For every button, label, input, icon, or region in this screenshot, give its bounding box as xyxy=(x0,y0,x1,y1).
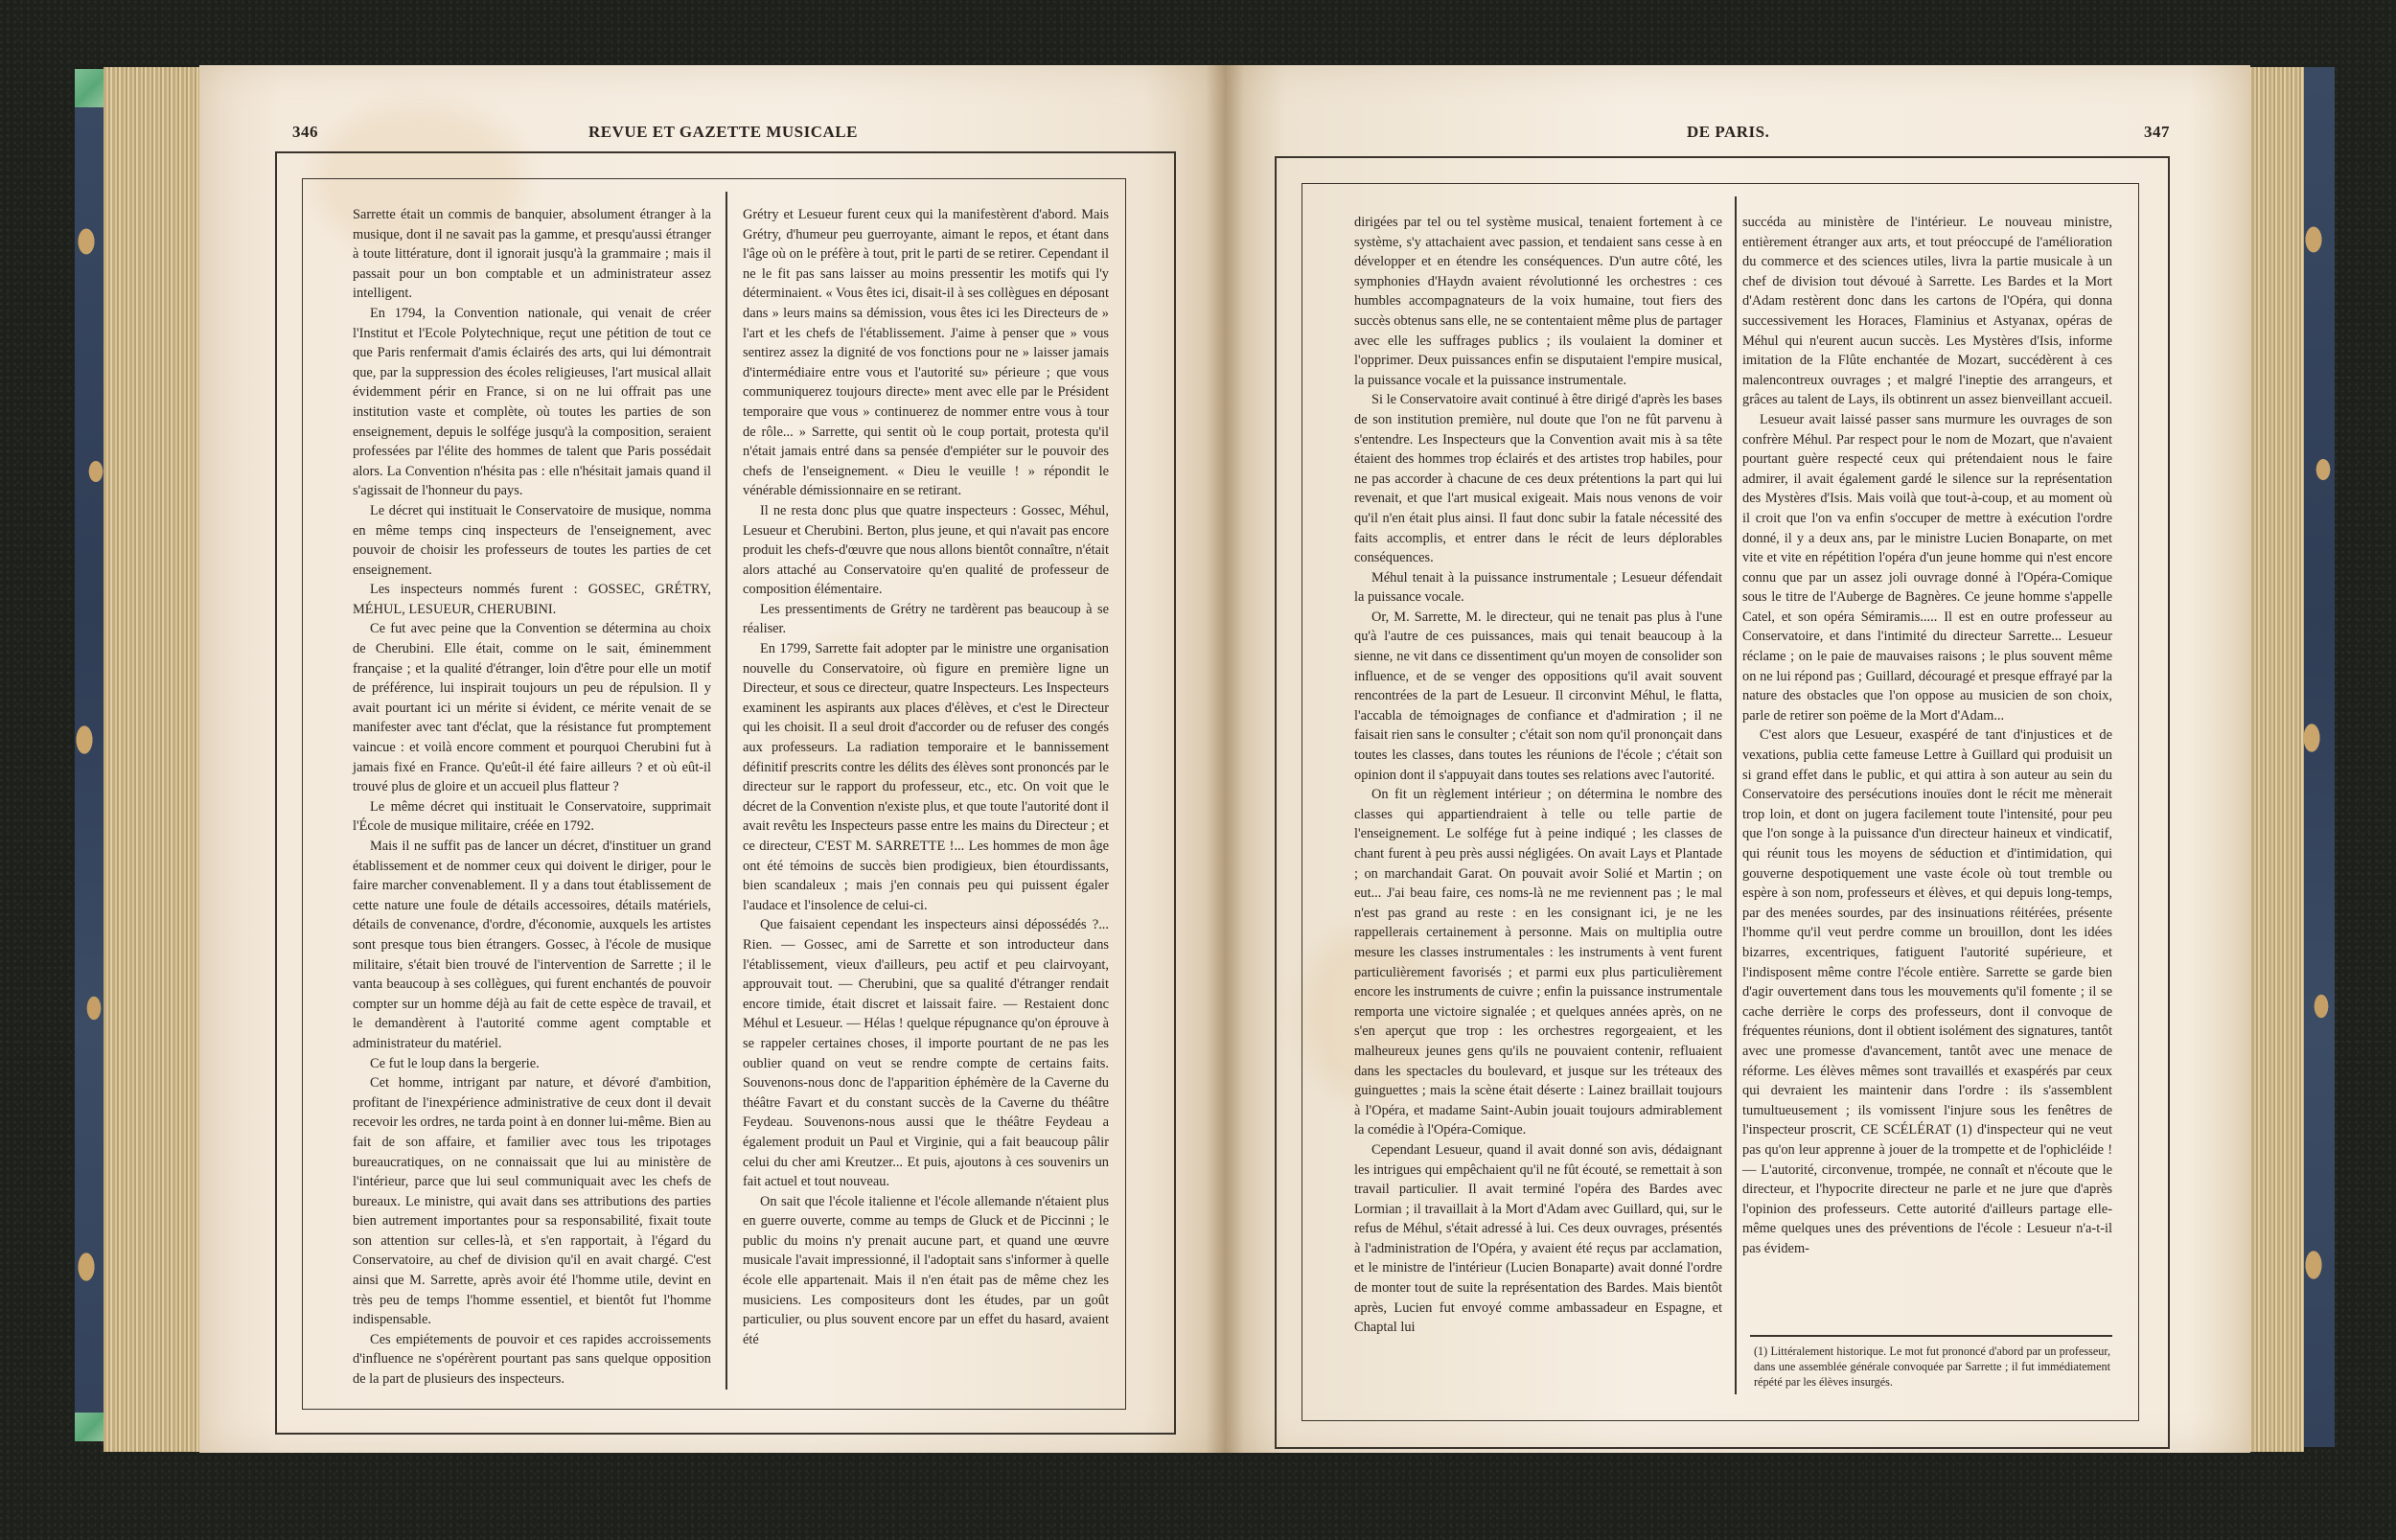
paragraph: Lesueur avait laissé passer sans murmure… xyxy=(1742,410,2112,726)
paragraph: Que faisaient cependant les inspecteurs … xyxy=(743,915,1109,1191)
right-page-number: 347 xyxy=(2144,123,2170,142)
paragraph: Si le Conservatoire avait continué à êtr… xyxy=(1354,390,1722,567)
paragraph: On sait que l'école italienne et l'école… xyxy=(743,1192,1109,1350)
paragraph: En 1794, la Convention nationale, qui ve… xyxy=(353,304,711,501)
right-page-column-2: succéda au ministère de l'intérieur. Le … xyxy=(1742,213,2112,1258)
paragraph: Les inspecteurs nommés furent : GOSSEC, … xyxy=(353,580,711,619)
paragraph: Cependant Lesueur, quand il avait donné … xyxy=(1354,1140,1722,1338)
left-page-number: 346 xyxy=(292,123,318,142)
paragraph: Le décret qui instituait le Conservatoir… xyxy=(353,501,711,580)
paragraph: Il ne resta donc plus que quatre inspect… xyxy=(743,501,1109,600)
paragraph: Or, M. Sarrette, M. le directeur, qui ne… xyxy=(1354,608,1722,785)
book-gutter xyxy=(1206,65,1244,1453)
left-page-column-2: Grétry et Lesueur furent ceux qui la man… xyxy=(743,205,1109,1349)
paragraph: Ce fut le loup dans la bergerie. xyxy=(353,1054,711,1074)
paragraph: Méhul tenait à la puissance instrumental… xyxy=(1354,568,1722,608)
paragraph: Cet homme, intrigant par nature, et dévo… xyxy=(353,1073,711,1330)
right-running-head: DE PARIS. xyxy=(1687,123,1769,142)
left-page-column-1: Sarrette était un commis de banquier, ab… xyxy=(353,205,711,1390)
paragraph: dirigées par tel ou tel système musical,… xyxy=(1354,213,1722,390)
paragraph: Ces empiétements de pouvoir et ces rapid… xyxy=(353,1330,711,1390)
paragraph: Les pressentiments de Grétry ne tardèren… xyxy=(743,600,1109,639)
paragraph: En 1799, Sarrette fait adopter par le mi… xyxy=(743,639,1109,915)
left-page-edges xyxy=(104,67,207,1452)
left-running-head: REVUE ET GAZETTE MUSICALE xyxy=(588,123,858,142)
right-page-edges xyxy=(2243,67,2304,1452)
paragraph: Sarrette était un commis de banquier, ab… xyxy=(353,205,711,304)
right-marbled-cover xyxy=(2302,67,2335,1447)
left-column-rule xyxy=(726,192,727,1390)
paragraph: Le même décret qui instituait le Conserv… xyxy=(353,797,711,837)
footnote: (1) Littéralement historique. Le mot fut… xyxy=(1754,1344,2110,1390)
paragraph: Grétry et Lesueur furent ceux qui la man… xyxy=(743,205,1109,501)
right-column-rule xyxy=(1735,196,1737,1394)
right-page-column-1: dirigées par tel ou tel système musical,… xyxy=(1354,213,1722,1338)
paragraph: C'est alors que Lesueur, exaspéré de tan… xyxy=(1742,725,2112,1258)
paragraph: succéda au ministère de l'intérieur. Le … xyxy=(1742,213,2112,410)
paragraph: Mais il ne suffit pas de lancer un décre… xyxy=(353,837,711,1054)
paragraph: On fit un règlement intérieur ; on déter… xyxy=(1354,785,1722,1140)
footnote-rule xyxy=(1750,1335,2112,1337)
paragraph: Ce fut avec peine que la Convention se d… xyxy=(353,619,711,796)
